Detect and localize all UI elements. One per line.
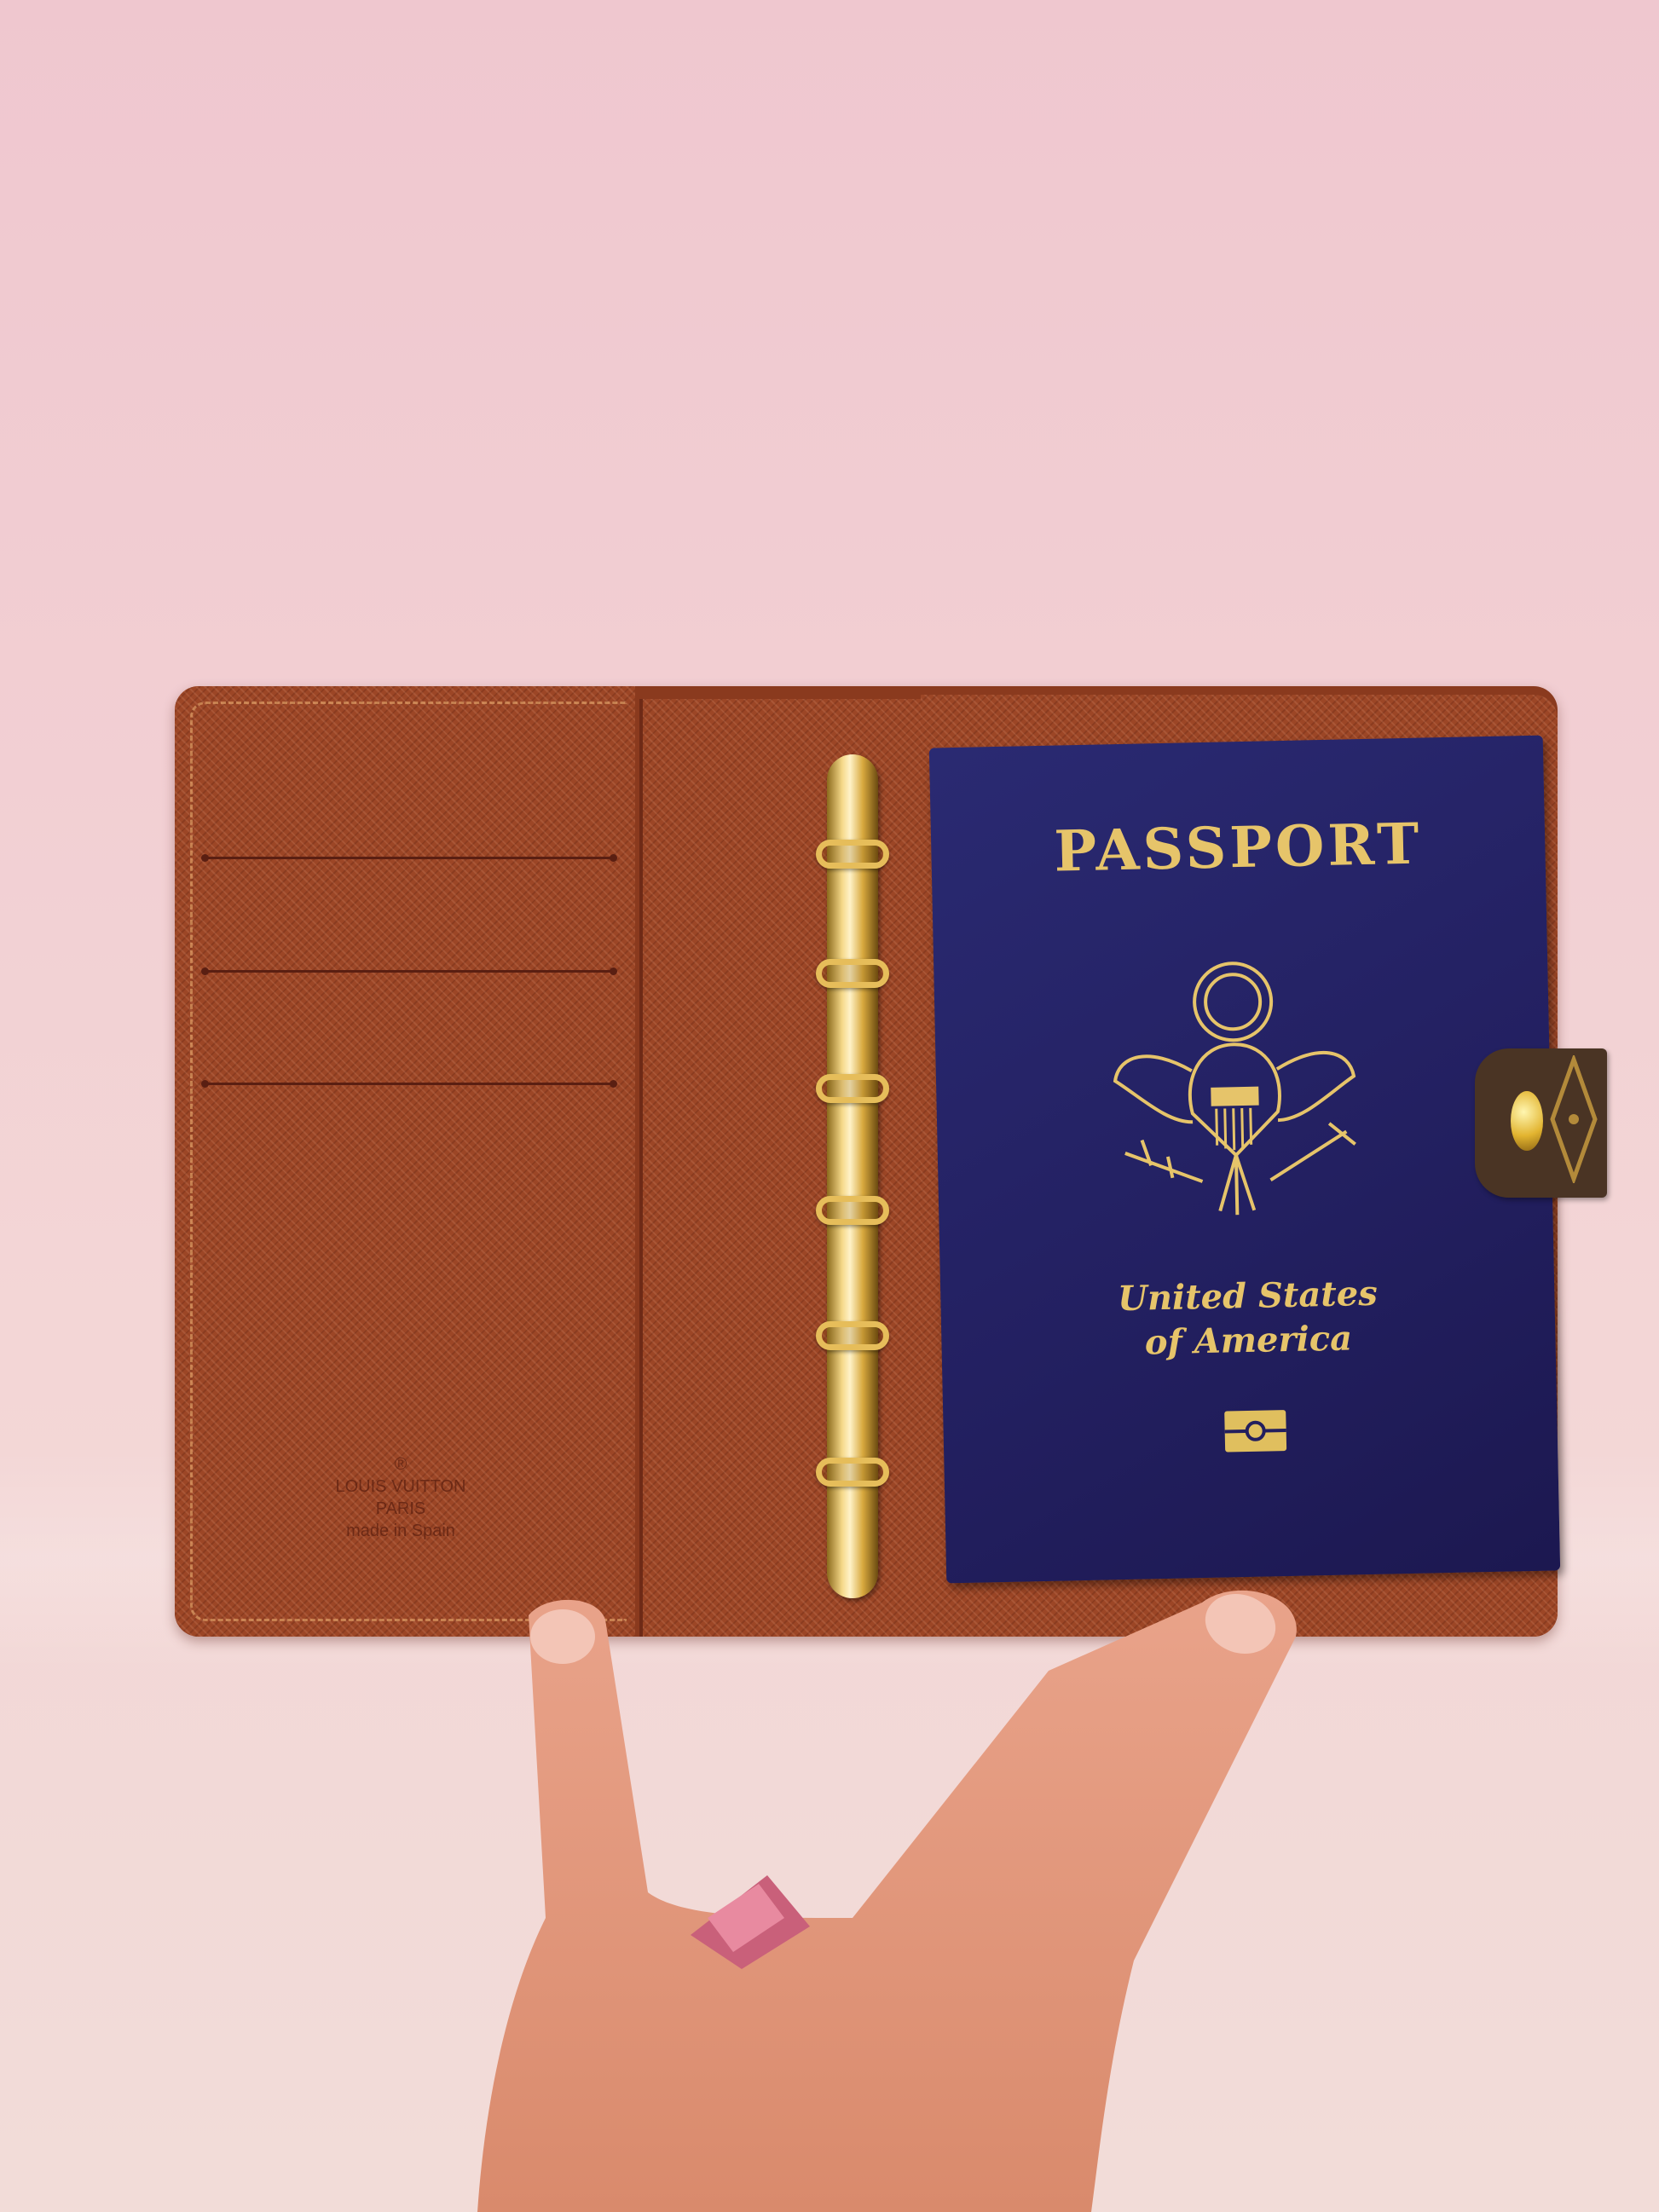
spine-panel: [639, 699, 924, 1637]
binder-ring: [816, 1458, 889, 1487]
binder-ring: [816, 1196, 889, 1225]
card-panel: ® LOUIS VUITTON PARIS made in Spain: [175, 686, 635, 1637]
brand-name: LOUIS VUITTON: [286, 1476, 516, 1498]
registered-mark: ®: [286, 1453, 516, 1476]
photo-scene: ® LOUIS VUITTON PARIS made in Spain PASS…: [0, 0, 1659, 2212]
card-slot: [205, 1083, 614, 1085]
monogram-snap-tab: [1475, 1048, 1607, 1198]
binder-ring: [816, 840, 889, 869]
passport-title: PASSPORT: [931, 808, 1546, 887]
eagle-seal-icon: [1095, 948, 1374, 1227]
biometric-chip-icon: [1224, 1410, 1286, 1452]
brand-city: PARIS: [286, 1498, 516, 1520]
card-slot: [205, 970, 614, 973]
binder-ring: [816, 959, 889, 988]
binder-ring: [816, 1321, 889, 1350]
origin-text: made in Spain: [286, 1520, 516, 1542]
snap-button: [1511, 1091, 1543, 1151]
brand-stamp: ® LOUIS VUITTON PARIS made in Spain: [286, 1453, 516, 1542]
card-slot: [205, 857, 614, 859]
monogram-flower-icon: [1548, 1055, 1599, 1183]
passport: PASSPORT United States of America: [929, 736, 1560, 1584]
binder-ring: [816, 1074, 889, 1103]
passport-country: United States of America: [940, 1268, 1556, 1369]
